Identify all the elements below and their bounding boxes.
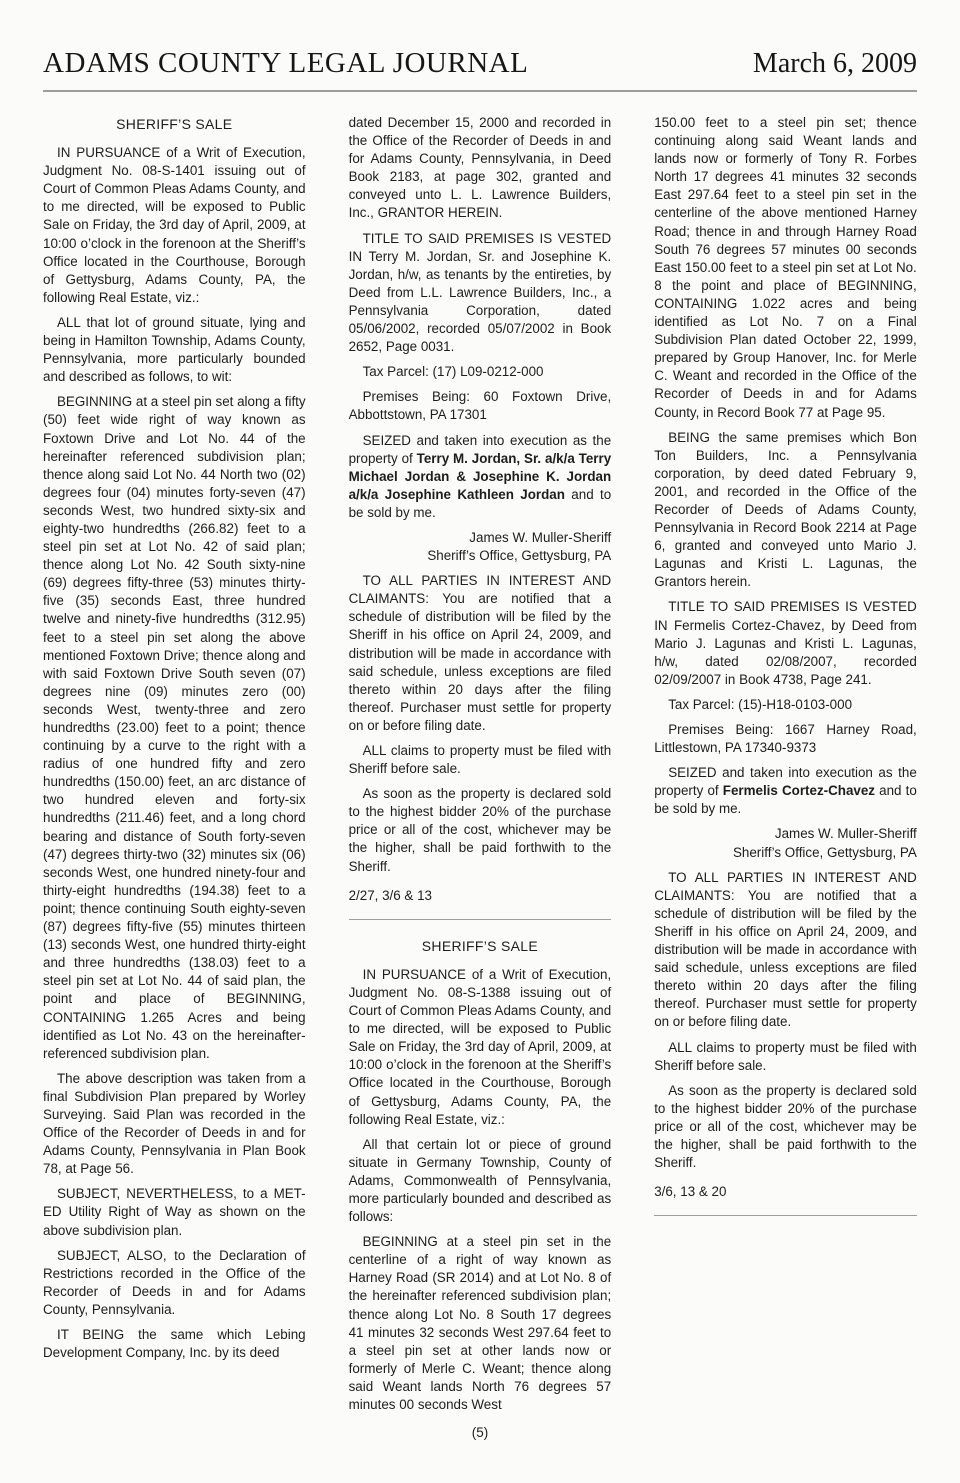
claims-paragraph: ALL claims to property must be filed wit… — [654, 1039, 917, 1075]
tax-parcel-line: Tax Parcel: (17) L09-0212-000 — [349, 363, 612, 381]
notice-paragraph: TO ALL PARTIES IN INTEREST AND CLAIMANTS… — [654, 869, 917, 1032]
sheriff-office: Sheriff’s Office, Gettysburg, PA — [349, 547, 612, 565]
paragraph-it-being: IT BEING the same which Lebing Developme… — [43, 1326, 306, 1362]
seized-paragraph: SEIZED and taken into execution as the p… — [654, 764, 917, 818]
paragraph-subject-nevertheless: SUBJECT, NEVERTHELESS, to a MET-ED Utili… — [43, 1185, 306, 1239]
sheriff-name: James W. Muller-Sheriff — [349, 529, 612, 547]
notice-paragraph: TO ALL PARTIES IN INTEREST AND CLAIMANTS… — [349, 572, 612, 735]
page-footer: (5) — [0, 1425, 960, 1440]
tax-parcel-line: Tax Parcel: (15)-H18-0103-000 — [654, 696, 917, 714]
column-layout: SHERIFF’S SALE IN PURSUANCE of a Writ of… — [43, 114, 917, 1421]
seized-paragraph: SEIZED and taken into execution as the p… — [349, 432, 612, 522]
journal-title: ADAMS COUNTY LEGAL JOURNAL — [43, 47, 528, 80]
sale-heading: SHERIFF’S SALE — [349, 937, 612, 955]
header-divider — [43, 90, 917, 92]
defendant-name: Fermelis Cortez-Chavez — [723, 783, 875, 798]
paragraph-beginning: BEGINNING at a steel pin set along a fif… — [43, 393, 306, 1062]
issue-date: March 6, 2009 — [753, 48, 917, 80]
column-left: SHERIFF’S SALE IN PURSUANCE of a Writ of… — [43, 114, 306, 1421]
paragraph-pursuance: IN PURSUANCE of a Writ of Execution, Jud… — [43, 144, 306, 307]
paragraph-subject-also: SUBJECT, ALSO, to the Declaration of Res… — [43, 1247, 306, 1319]
column-center: dated December 15, 2000 and recorded in … — [349, 114, 612, 1421]
paragraph-metes-continuation: 150.00 feet to a steel pin set; thence c… — [654, 114, 917, 422]
page-number: (5) — [472, 1425, 489, 1440]
paragraph-deed-continuation: dated December 15, 2000 and recorded in … — [349, 114, 612, 223]
section-divider — [349, 919, 612, 920]
paragraph-description-source: The above description was taken from a f… — [43, 1070, 306, 1179]
paragraph-all-that-lot: ALL that lot of ground situate, lying an… — [43, 314, 306, 386]
sale-heading: SHERIFF’S SALE — [43, 115, 306, 133]
paragraph-title-vested: TITLE TO SAID PREMISES IS VESTED IN Terr… — [349, 230, 612, 357]
claims-paragraph: ALL claims to property must be filed wit… — [349, 742, 612, 778]
paragraph-being-premises: BEING the same premises which Bon Ton Bu… — [654, 429, 917, 592]
section-divider — [654, 1215, 917, 1216]
sheriff-signature-block: James W. Muller-Sheriff Sheriff’s Office… — [349, 529, 612, 565]
paragraph-title-vested: TITLE TO SAID PREMISES IS VESTED IN Ferm… — [654, 598, 917, 688]
sheriff-name: James W. Muller-Sheriff — [654, 825, 917, 843]
paragraph-pursuance: IN PURSUANCE of a Writ of Execution, Jud… — [349, 966, 612, 1129]
paragraph-all-that-certain: All that certain lot or piece of ground … — [349, 1136, 612, 1226]
deposit-paragraph: As soon as the property is declared sold… — [349, 785, 612, 875]
sheriff-office: Sheriff’s Office, Gettysburg, PA — [654, 844, 917, 862]
paragraph-beginning: BEGINNING at a steel pin set in the cent… — [349, 1233, 612, 1414]
premises-line: Premises Being: 60 Foxtown Drive, Abbott… — [349, 388, 612, 424]
deposit-paragraph: As soon as the property is declared sold… — [654, 1082, 917, 1172]
sheriff-signature-block: James W. Muller-Sheriff Sheriff’s Office… — [654, 825, 917, 861]
publication-dates: 2/27, 3/6 & 13 — [349, 887, 612, 905]
column-right: 150.00 feet to a steel pin set; thence c… — [654, 114, 917, 1421]
journal-page: ADAMS COUNTY LEGAL JOURNAL March 6, 2009… — [0, 0, 960, 1483]
publication-dates: 3/6, 13 & 20 — [654, 1183, 917, 1201]
premises-line: Premises Being: 1667 Harney Road, Little… — [654, 721, 917, 757]
